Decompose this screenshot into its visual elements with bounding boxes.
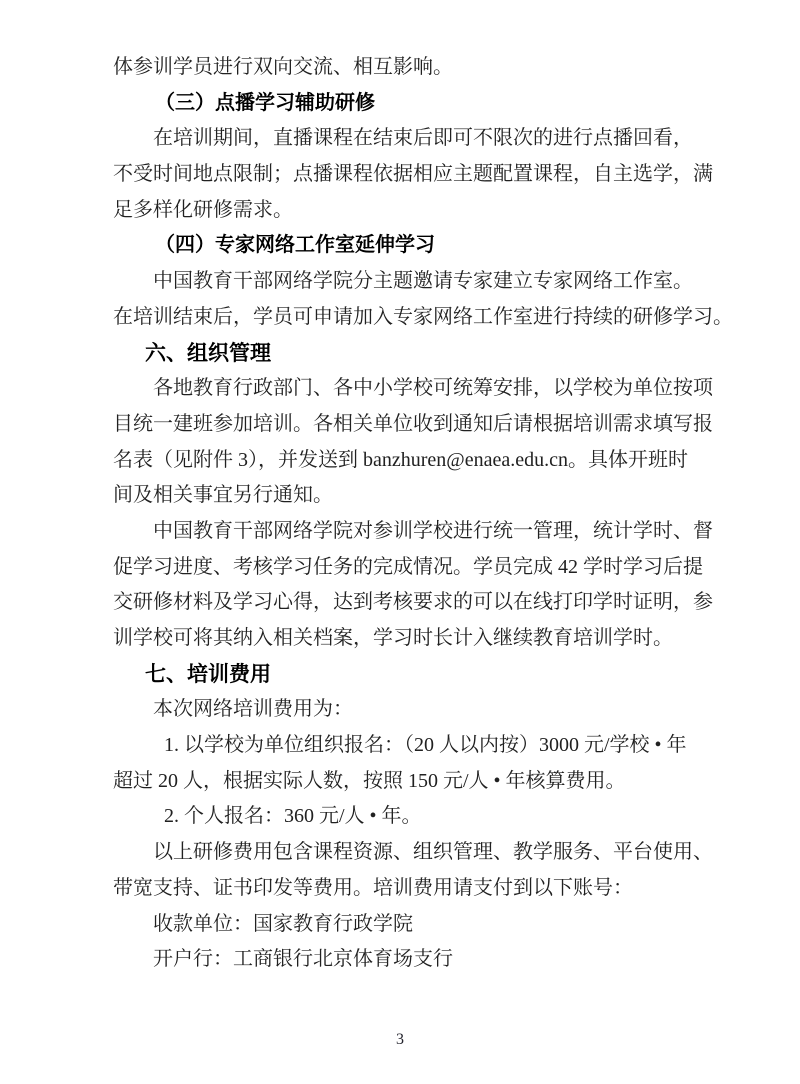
chapter-heading-6: 六、组织管理 (113, 336, 717, 372)
doc-line: 足多样化研修需求。 (113, 193, 717, 229)
doc-line: 以上研修费用包含课程资源、组织管理、教学服务、平台使用、 (113, 835, 717, 871)
section-heading-3: （三）点播学习辅助研修 (113, 86, 717, 122)
doc-line: 体参训学员进行双向交流、相互影响。 (113, 50, 717, 86)
section-heading-4: （四）专家网络工作室延伸学习 (113, 228, 717, 264)
doc-line-fee-item-2: 2. 个人报名：360 元/人 • 年。 (113, 799, 717, 835)
doc-line: 带宽支持、证书印发等费用。培训费用请支付到以下账号： (113, 871, 717, 907)
doc-line: 各地教育行政部门、各中小学校可统筹安排，以学校为单位按项 (113, 371, 717, 407)
doc-line: 本次网络培训费用为： (113, 692, 717, 728)
document-page: 体参训学员进行双向交流、相互影响。 （三）点播学习辅助研修 在培训期间，直播课程… (0, 0, 800, 1084)
document-body: 体参训学员进行双向交流、相互影响。 （三）点播学习辅助研修 在培训期间，直播课程… (113, 50, 717, 978)
doc-line: 超过 20 人，根据实际人数，按照 150 元/人 • 年核算费用。 (113, 764, 717, 800)
doc-line-fee-item-1: 1. 以学校为单位组织报名：（20 人以内按）3000 元/学校 • 年 (113, 728, 717, 764)
doc-line: 中国教育干部网络学院分主题邀请专家建立专家网络工作室。 (113, 264, 717, 300)
doc-line-email: 名表（见附件 3），并发送到 banzhuren@enaea.edu.cn。具体… (113, 443, 717, 479)
chapter-heading-7: 七、培训费用 (113, 657, 717, 693)
doc-line: 训学校可将其纳入相关档案，学习时长计入继续教育培训学时。 (113, 621, 717, 657)
doc-line: 间及相关事宜另行通知。 (113, 478, 717, 514)
doc-line-bank: 开户行：工商银行北京体育场支行 (113, 942, 717, 978)
doc-line: 不受时间地点限制；点播课程依据相应主题配置课程，自主选学，满 (113, 157, 717, 193)
doc-line: 在培训期间，直播课程在结束后即可不限次的进行点播回看， (113, 121, 717, 157)
doc-line: 中国教育干部网络学院对参训学校进行统一管理，统计学时、督 (113, 514, 717, 550)
doc-line: 目统一建班参加培训。各相关单位收到通知后请根据培训需求填写报 (113, 407, 717, 443)
doc-line-payee: 收款单位：国家教育行政学院 (113, 907, 717, 943)
doc-line: 交研修材料及学习心得，达到考核要求的可以在线打印学时证明，参 (113, 585, 717, 621)
doc-line: 促学习进度、考核学习任务的完成情况。学员完成 42 学时学习后提 (113, 550, 717, 586)
doc-line: 在培训结束后，学员可申请加入专家网络工作室进行持续的研修学习。 (113, 300, 717, 336)
page-number: 3 (0, 1028, 800, 1052)
